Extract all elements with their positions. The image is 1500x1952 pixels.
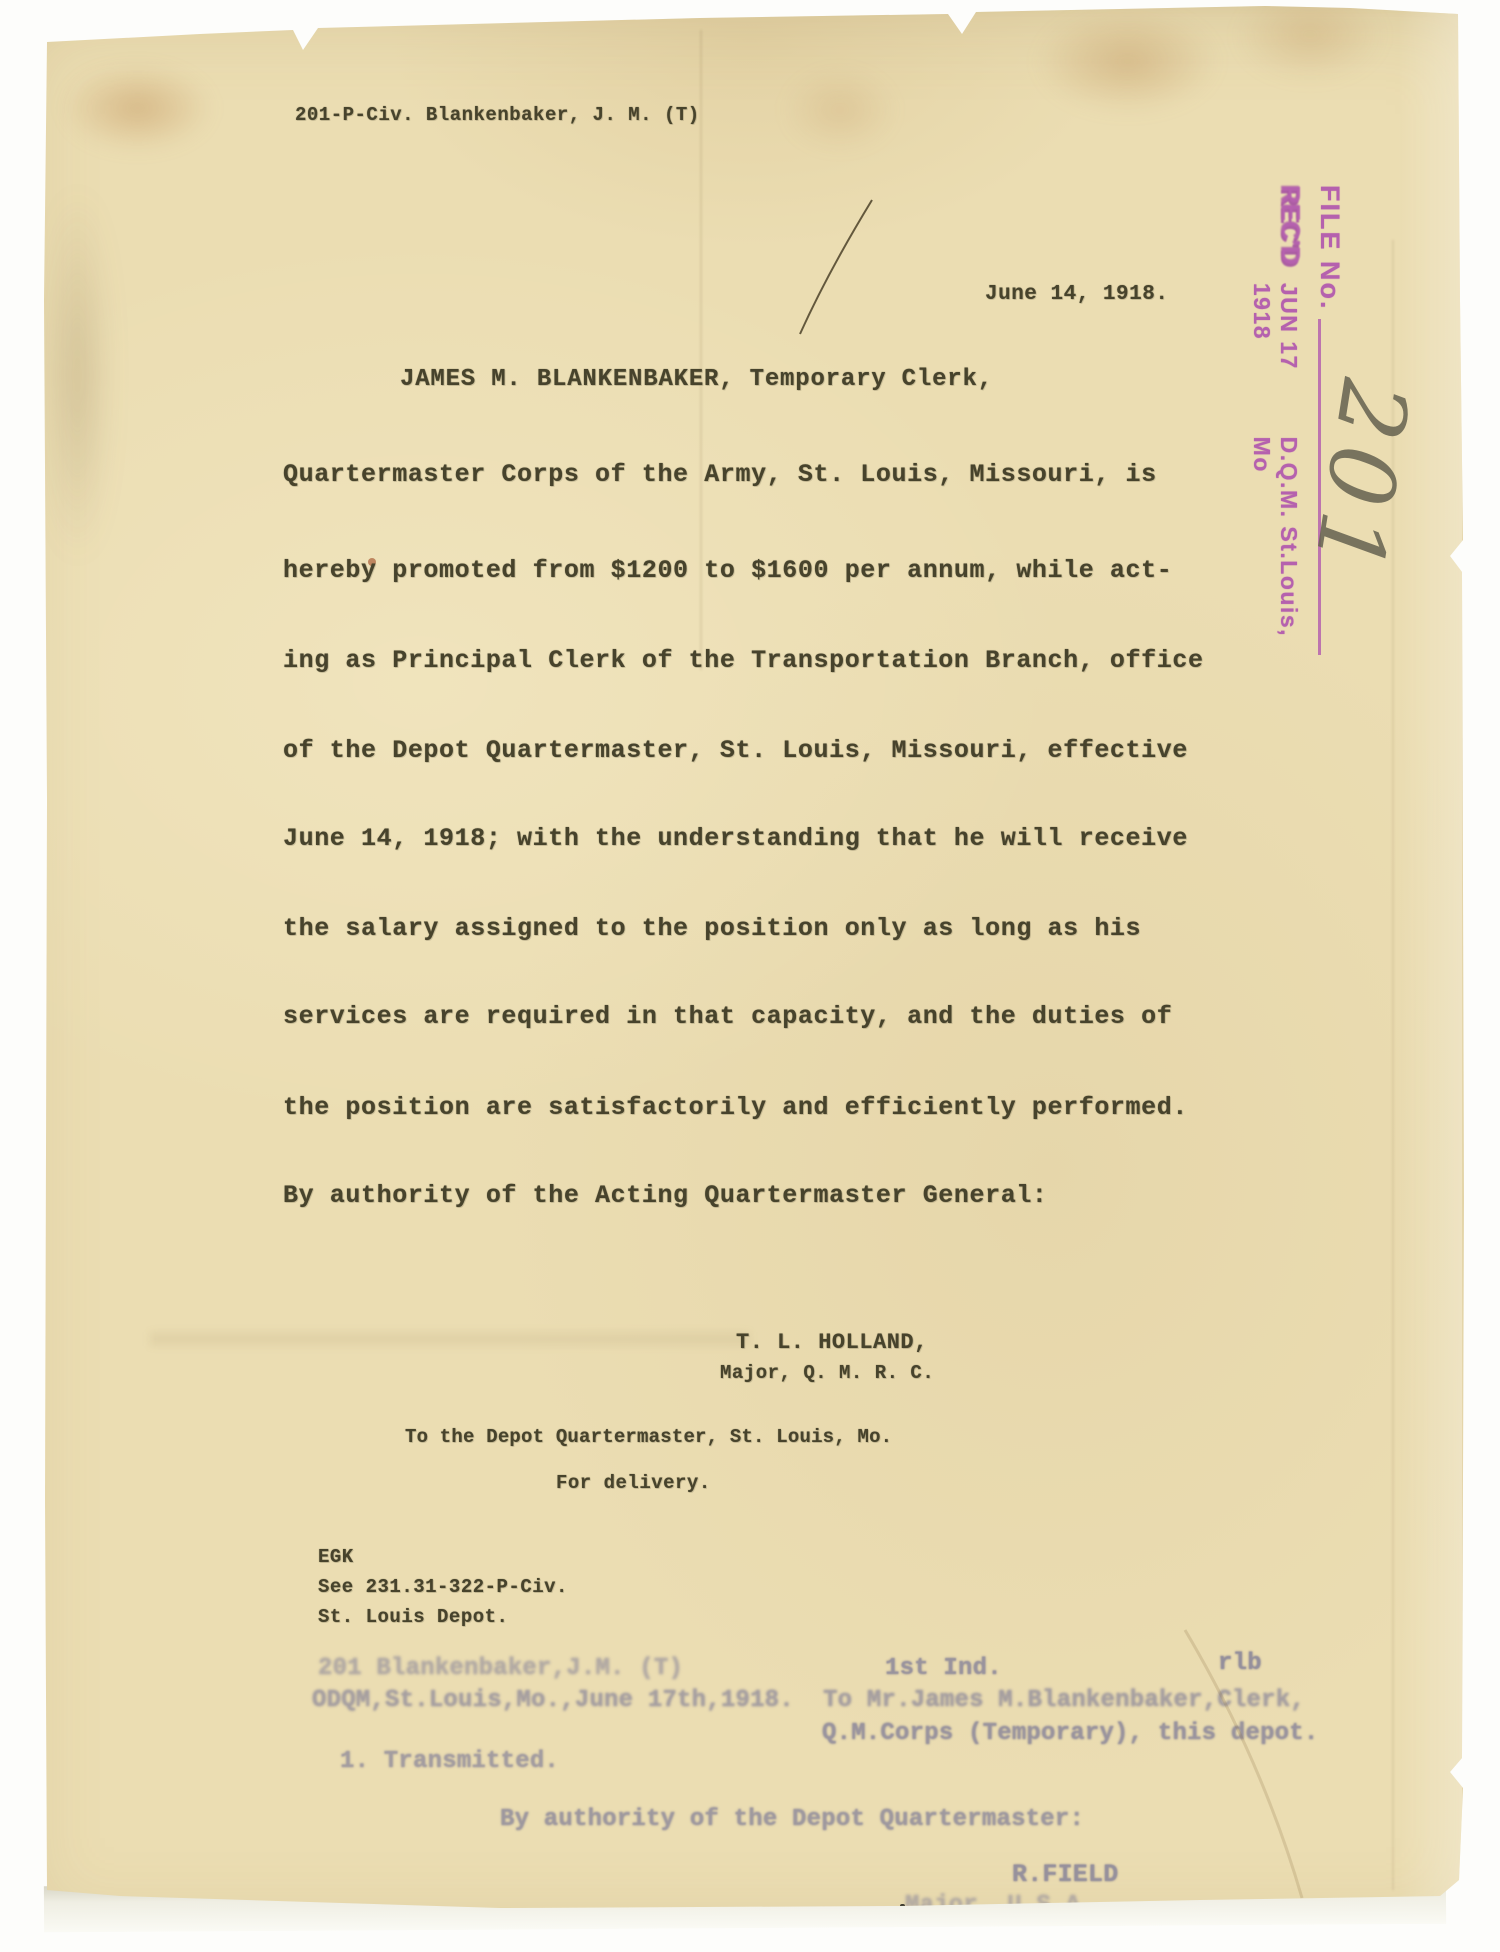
signature-name: T. L. HOLLAND, xyxy=(736,1330,928,1355)
cross-reference-line: See 231.31-322-P-Civ. xyxy=(318,1576,568,1598)
endorsement-signer: R.FIELD xyxy=(1012,1860,1118,1889)
file-reference-line: 201-P-Civ. Blankenbaker, J. M. (T) xyxy=(295,104,700,126)
body-line: June 14, 1918; with the understanding th… xyxy=(283,824,1188,853)
body-line: hereby promoted from $1200 to $1600 per … xyxy=(283,556,1172,585)
body-line: services are required in that capacity, … xyxy=(283,1002,1172,1031)
stain-left-edge xyxy=(40,140,115,610)
scanned-document-canvas: 201-P-Civ. Blankenbaker, J. M. (T) June … xyxy=(0,0,1500,1952)
forwarding-line: To the Depot Quartermaster, St. Louis, M… xyxy=(405,1426,892,1448)
endorsement-action: 1. Transmitted. xyxy=(340,1748,559,1775)
ghost-ink-smudge xyxy=(150,1332,750,1346)
endorsement-origin-line: ODQM,St.Louis,Mo.,June 17th,1918. To Mr.… xyxy=(312,1687,1305,1714)
letter-paper: 201-P-Civ. Blankenbaker, J. M. (T) June … xyxy=(0,0,1500,1952)
delivery-line: For delivery. xyxy=(556,1472,711,1494)
body-line: Quartermaster Corps of the Army, St. Lou… xyxy=(283,460,1157,489)
signature-title: Major, Q. M. R. C. xyxy=(720,1362,934,1384)
stamp-date: JUN 17 1918 xyxy=(1248,283,1302,419)
body-line: ing as Principal Clerk of the Transporta… xyxy=(283,646,1204,675)
endorsement-number: 1st Ind. xyxy=(885,1655,1002,1682)
stain-top-right xyxy=(1010,0,1245,129)
body-line: By authority of the Acting Quartermaster… xyxy=(283,1181,1048,1210)
stamp-file-label: FILE No. xyxy=(1314,185,1345,311)
endorsement-reference: 201 Blankenbaker,J.M. (T) xyxy=(318,1655,683,1682)
stamp-received-mark: REC'D xyxy=(1248,185,1306,265)
stamp-office: D.Q.M. St.Louis, Mo xyxy=(1248,437,1302,655)
endorsement-origin-line2: Q.M.Corps (Temporary), this depot. xyxy=(822,1720,1318,1747)
depot-line: St. Louis Depot. xyxy=(318,1606,508,1628)
stain-top-center xyxy=(765,55,915,165)
right-edge-highlight xyxy=(1398,0,1462,1952)
body-line: of the Depot Quartermaster, St. Louis, M… xyxy=(283,736,1188,765)
file-received-stamp: FILE No. REC'D JUN 17 1918 D.Q.M. St.Lou… xyxy=(1252,185,1352,655)
body-line: the salary assigned to the position only… xyxy=(283,914,1141,943)
endorsement-authority: By authority of the Depot Quartermaster: xyxy=(500,1806,1084,1833)
endorsement-typist: rlb xyxy=(1218,1650,1262,1677)
body-line: the position are satisfactorily and effi… xyxy=(283,1093,1188,1122)
typist-initials: EGK xyxy=(318,1546,354,1568)
date-line: June 14, 1918. xyxy=(985,283,1168,306)
addressee-line: JAMES M. BLANKENBAKER, Temporary Clerk, xyxy=(400,366,993,393)
